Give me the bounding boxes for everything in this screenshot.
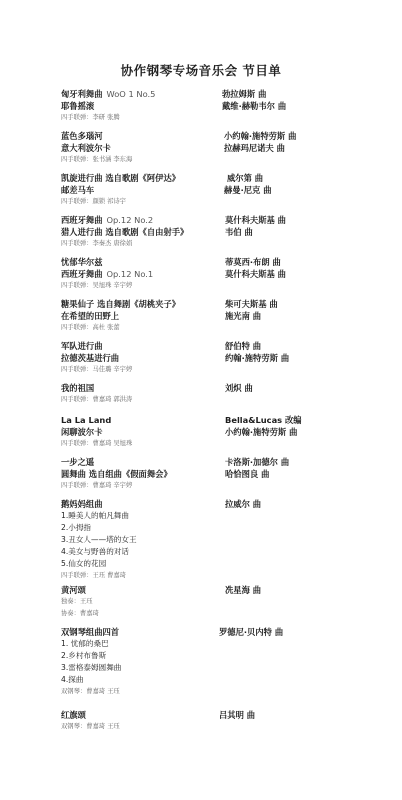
composer: 威尔第 曲: [227, 172, 263, 184]
piece-name: 在希望的田野上: [61, 311, 119, 321]
piece-row: 双钢琴组曲四首罗德尼·贝内特 曲: [61, 626, 361, 638]
piece-title: 邮差马车: [61, 184, 94, 196]
program-item: 忧郁华尔兹蒂莫西·布朗 曲西班牙舞曲Op.12 No.1莫什科夫斯基 曲四手联弹…: [61, 256, 361, 292]
piece-name: 忧郁华尔兹: [61, 257, 103, 267]
movement: 1. 忧郁的桑巴: [61, 638, 361, 650]
piece-title: 蓝色多瑙河: [61, 130, 103, 142]
performers: 独奏：王珏: [61, 596, 361, 608]
piece-row: 红旗颂吕其明 曲: [61, 709, 361, 721]
piece-title: 一步之遥: [61, 456, 94, 468]
performers: 四手联弹：马佳璐 辛宇婷: [61, 364, 361, 376]
performers: 四手联弹：李秦杰 唐徐娟: [61, 238, 361, 250]
program-item: 糖果仙子 选自舞剧《胡桃夹子》柴可夫斯基 曲在希望的田野上施光南 曲四手联弹：高…: [61, 298, 361, 334]
piece-row: 糖果仙子 选自舞剧《胡桃夹子》柴可夫斯基 曲: [61, 298, 361, 310]
piece-name: 耶鲁摇滚: [61, 101, 94, 111]
piece-name: 圆舞曲 选自组曲《假面舞会》: [61, 469, 172, 479]
performers: 四手联弹：王珏 曹嘉琦: [61, 570, 361, 582]
composer: 拉赫玛尼诺夫 曲: [224, 142, 285, 154]
program-item: 军队进行曲舒伯特 曲拉德茨基进行曲约翰·施特劳斯 曲四手联弹：马佳璐 辛宇婷: [61, 340, 361, 376]
piece-title: 我的祖国: [61, 382, 94, 394]
performers: 四手联弹：曹嘉琦 郭洪涛: [61, 394, 361, 406]
piece-row: 蓝色多瑙河小约翰·施特劳斯 曲: [61, 130, 361, 142]
piece-title: 拉德茨基进行曲: [61, 352, 119, 364]
program-item: 红旗颂吕其明 曲双钢琴：曹嘉琦 王珏: [61, 709, 361, 733]
composer: 刘炽 曲: [225, 382, 253, 394]
piece-name: 意大利波尔卡: [61, 143, 111, 153]
opus-number: WoO 1 No.5: [107, 89, 156, 99]
movement: 4.探曲: [61, 674, 361, 686]
piece-row: 一步之遥卡洛斯·加德尔 曲: [61, 456, 361, 468]
composer: 卡洛斯·加德尔 曲: [225, 456, 289, 468]
piece-name: 红旗颂: [61, 710, 86, 720]
piece-name: 双钢琴组曲四首: [61, 627, 119, 637]
program-item: 西班牙舞曲Op.12 No.2莫什科夫斯基 曲猎人进行曲 选自歌剧《自由射手》韦…: [61, 214, 361, 250]
composer: 约翰·施特劳斯 曲: [225, 352, 289, 364]
piece-row: 忧郁华尔兹蒂莫西·布朗 曲: [61, 256, 361, 268]
performers: 四手联弹：张书涵 李东海: [61, 154, 361, 166]
piece-row: La La LandBella&Lucas 改编: [61, 414, 361, 426]
program-item: 鹅妈妈组曲拉威尔 曲1.睡美人的帕凡舞曲2.小拇指3.丑女人——塔的女王4.美女…: [61, 498, 361, 582]
piece-title: 红旗颂: [61, 709, 86, 721]
piece-name: 西班牙舞曲: [61, 215, 103, 225]
program-item: 黄河颂冼星海 曲独奏：王珏协奏：曹嘉琦: [61, 584, 361, 620]
piece-name: 猎人进行曲 选自歌剧《自由射手》: [61, 227, 188, 237]
piece-title: 在希望的田野上: [61, 310, 119, 322]
performers: 四手联弹：曹嘉琦 吴旭珠: [61, 438, 361, 450]
piece-name: 拉德茨基进行曲: [61, 353, 119, 363]
program-item: 蓝色多瑙河小约翰·施特劳斯 曲意大利波尔卡拉赫玛尼诺夫 曲四手联弹：张书涵 李东…: [61, 130, 361, 166]
piece-title: 猎人进行曲 选自歌剧《自由射手》: [61, 226, 188, 238]
piece-name: 邮差马车: [61, 185, 94, 195]
piece-row: 在希望的田野上施光南 曲: [61, 310, 361, 322]
piece-row: 凯旋进行曲 选自歌剧《阿伊达》威尔第 曲: [61, 172, 361, 184]
performers: 四手联弹：吴旭珠 辛宇婷: [61, 280, 361, 292]
piece-row: 意大利波尔卡拉赫玛尼诺夫 曲: [61, 142, 361, 154]
composer: 拉威尔 曲: [225, 498, 261, 510]
piece-name: 匈牙利舞曲: [61, 89, 103, 99]
composer: 哈恰图良 曲: [225, 468, 269, 480]
composer: 冼星海 曲: [225, 584, 261, 596]
composer: 戴维·赫勒韦尔 曲: [222, 100, 286, 112]
performers: 双钢琴：曹嘉琦 王珏: [61, 721, 361, 733]
piece-name: 蓝色多瑙河: [61, 131, 103, 141]
piece-name: 闲聊波尔卡: [61, 427, 103, 437]
program-item: La La LandBella&Lucas 改编闲聊波尔卡小约翰·施特劳斯 曲四…: [61, 414, 361, 450]
piece-name: 我的祖国: [61, 383, 94, 393]
piece-title: 黄河颂: [61, 584, 86, 596]
composer: 莫什科夫斯基 曲: [225, 214, 286, 226]
performers: 双钢琴：曹嘉琦 王珏: [61, 686, 361, 698]
piece-name: La La Land: [61, 415, 111, 425]
performers: 四手联弹：高杜 张蕾: [61, 322, 361, 334]
piece-title: 鹅妈妈组曲: [61, 498, 103, 510]
movement: 2.小拇指: [61, 522, 361, 534]
piece-row: 西班牙舞曲Op.12 No.2莫什科夫斯基 曲: [61, 214, 361, 226]
piece-row: 军队进行曲舒伯特 曲: [61, 340, 361, 352]
piece-row: 拉德茨基进行曲约翰·施特劳斯 曲: [61, 352, 361, 364]
composer: 蒂莫西·布朗 曲: [225, 256, 281, 268]
piece-name: 黄河颂: [61, 585, 86, 595]
piece-row: 黄河颂冼星海 曲: [61, 584, 361, 596]
movement: 4.美女与野兽的对话: [61, 546, 361, 558]
piece-title: 圆舞曲 选自组曲《假面舞会》: [61, 468, 172, 480]
opus-number: Op.12 No.2: [107, 215, 154, 225]
piece-name: 军队进行曲: [61, 341, 103, 351]
program-item: 双钢琴组曲四首罗德尼·贝内特 曲1. 忧郁的桑巴2.乡村布鲁斯3.雷格泰姆圆舞曲…: [61, 626, 361, 698]
performers: 四手联弹：颜锁 祁诗宇: [61, 196, 361, 208]
opus-number: Op.12 No.1: [107, 269, 154, 279]
performers: 四手联弹：曹嘉琦 辛宇婷: [61, 480, 361, 492]
piece-title: 西班牙舞曲Op.12 No.1: [61, 268, 153, 280]
piece-name: 一步之遥: [61, 457, 94, 467]
piece-row: 鹅妈妈组曲拉威尔 曲: [61, 498, 361, 510]
piece-name: 西班牙舞曲: [61, 269, 103, 279]
piece-title: 糖果仙子 选自舞剧《胡桃夹子》: [61, 298, 180, 310]
composer: Bella&Lucas 改编: [225, 414, 302, 426]
composer: 施光南 曲: [225, 310, 261, 322]
piece-title: 耶鲁摇滚: [61, 100, 94, 112]
movement: 2.乡村布鲁斯: [61, 650, 361, 662]
movement: 3.雷格泰姆圆舞曲: [61, 662, 361, 674]
composer: 罗德尼·贝内特 曲: [219, 626, 283, 638]
composer: 小约翰·施特劳斯 曲: [224, 130, 296, 142]
piece-title: 闲聊波尔卡: [61, 426, 103, 438]
program-item: 一步之遥卡洛斯·加德尔 曲圆舞曲 选自组曲《假面舞会》哈恰图良 曲四手联弹：曹嘉…: [61, 456, 361, 492]
piece-name: 糖果仙子 选自舞剧《胡桃夹子》: [61, 299, 180, 309]
piece-row: 猎人进行曲 选自歌剧《自由射手》韦伯 曲: [61, 226, 361, 238]
piece-name: 凯旋进行曲 选自歌剧《阿伊达》: [61, 173, 180, 183]
composer: 韦伯 曲: [225, 226, 253, 238]
piece-row: 我的祖国刘炽 曲: [61, 382, 361, 394]
composer: 莫什科夫斯基 曲: [225, 268, 286, 280]
performers: 协奏：曹嘉琦: [61, 608, 361, 620]
piece-title: 西班牙舞曲Op.12 No.2: [61, 214, 153, 226]
piece-title: La La Land: [61, 414, 111, 426]
composer: 舒伯特 曲: [225, 340, 261, 352]
piece-title: 意大利波尔卡: [61, 142, 111, 154]
piece-title: 凯旋进行曲 选自歌剧《阿伊达》: [61, 172, 180, 184]
composer: 赫曼·尼克 曲: [224, 184, 272, 196]
composer: 勃拉姆斯 曲: [222, 88, 266, 100]
piece-row: 匈牙利舞曲WoO 1 No.5勃拉姆斯 曲: [61, 88, 361, 100]
piece-row: 邮差马车赫曼·尼克 曲: [61, 184, 361, 196]
piece-row: 圆舞曲 选自组曲《假面舞会》哈恰图良 曲: [61, 468, 361, 480]
piece-title: 双钢琴组曲四首: [61, 626, 119, 638]
program-item: 我的祖国刘炽 曲四手联弹：曹嘉琦 郭洪涛: [61, 382, 361, 406]
movement: 3.丑女人——塔的女王: [61, 534, 361, 546]
composer: 柴可夫斯基 曲: [225, 298, 278, 310]
composer: 吕其明 曲: [219, 709, 255, 721]
composer: 小约翰·施特劳斯 曲: [225, 426, 297, 438]
piece-title: 忧郁华尔兹: [61, 256, 103, 268]
piece-name: 鹅妈妈组曲: [61, 499, 103, 509]
piece-row: 耶鲁摇滚戴维·赫勒韦尔 曲: [61, 100, 361, 112]
program-item: 匈牙利舞曲WoO 1 No.5勃拉姆斯 曲耶鲁摇滚戴维·赫勒韦尔 曲四手联弹：李…: [61, 88, 361, 124]
movement: 5.仙女的花园: [61, 558, 361, 570]
piece-title: 军队进行曲: [61, 340, 103, 352]
movement: 1.睡美人的帕凡舞曲: [61, 510, 361, 522]
program-item: 凯旋进行曲 选自歌剧《阿伊达》威尔第 曲邮差马车赫曼·尼克 曲四手联弹：颜锁 祁…: [61, 172, 361, 208]
performers: 四手联弹：李研 张腾: [61, 112, 361, 124]
page-title: 协作钢琴专场音乐会 节目单: [0, 61, 402, 79]
piece-title: 匈牙利舞曲WoO 1 No.5: [61, 88, 155, 100]
piece-row: 闲聊波尔卡小约翰·施特劳斯 曲: [61, 426, 361, 438]
piece-row: 西班牙舞曲Op.12 No.1莫什科夫斯基 曲: [61, 268, 361, 280]
